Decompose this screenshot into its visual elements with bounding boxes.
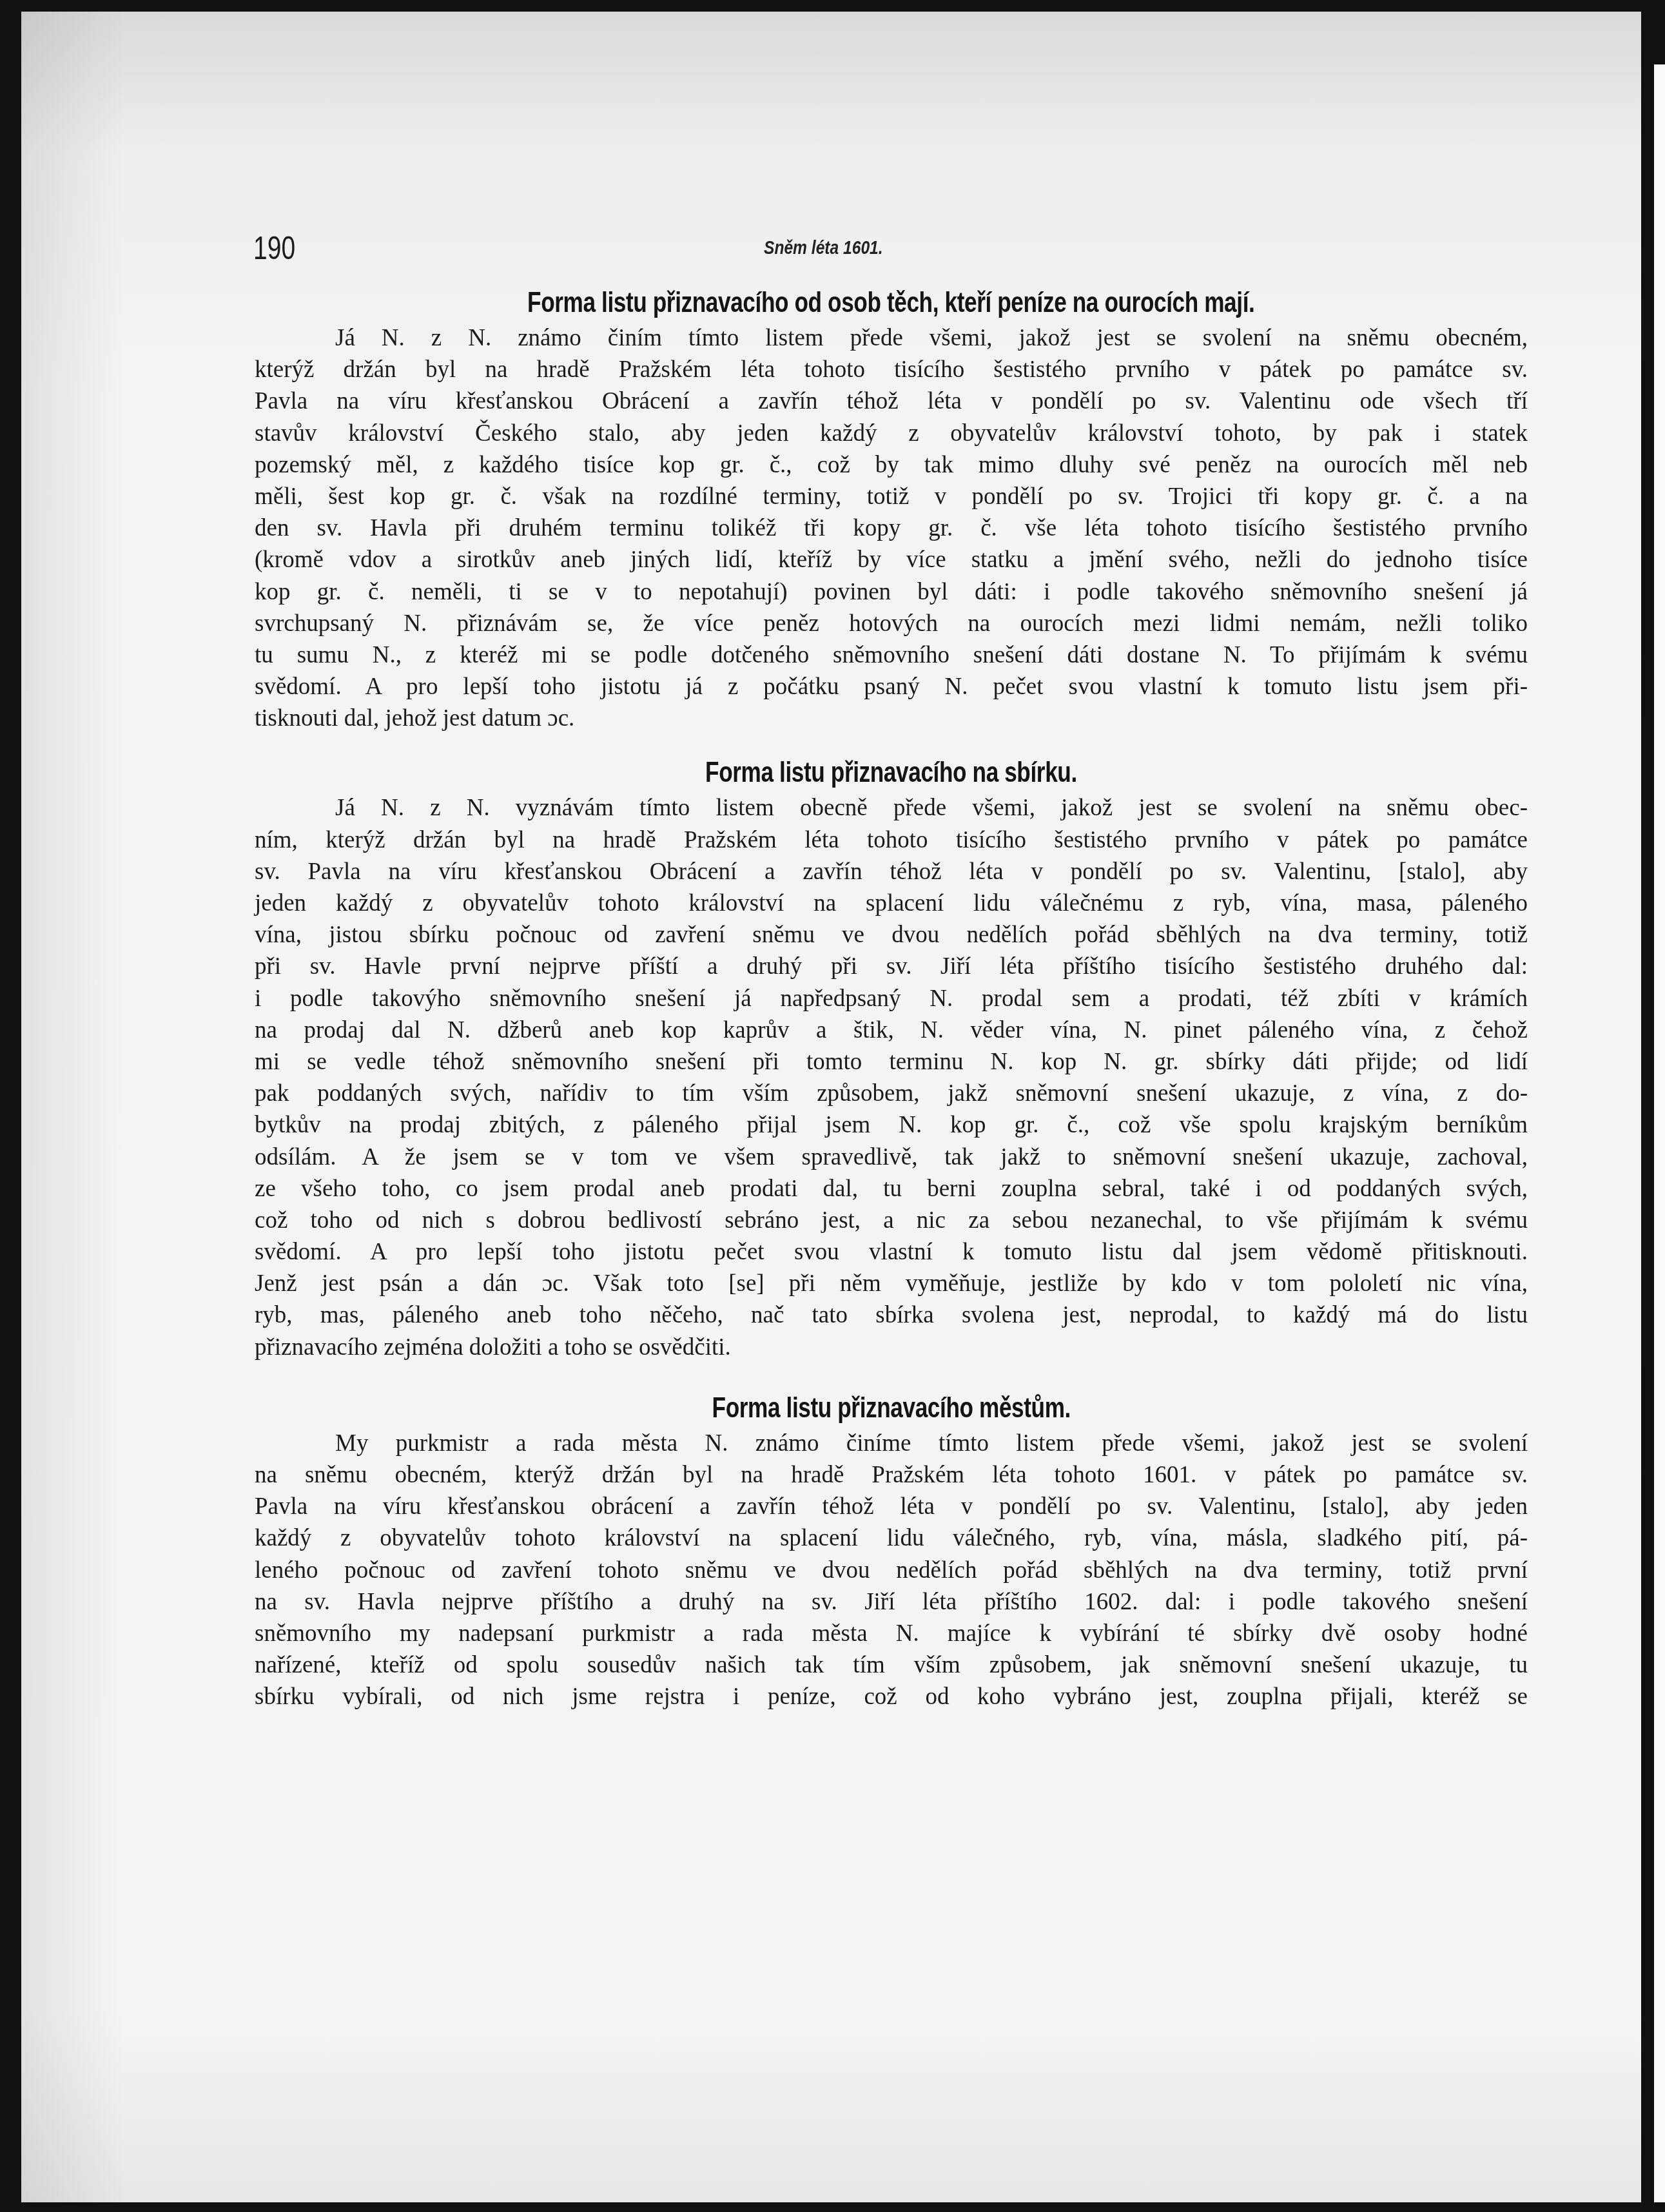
text-line: den sv. Havla při druhém terminu tolikéž… bbox=[255, 512, 1528, 544]
text-line: Já N. z N. vyznávám tímto listem obecně … bbox=[255, 792, 1528, 824]
text-line: Jenž jest psán a dán ɔc. Však toto [se] … bbox=[255, 1268, 1528, 1299]
text-line: nařízené, kteříž od spolu sousedův našic… bbox=[255, 1649, 1528, 1681]
section-1-paragraph: Já N. z N. známo činím tímto listem před… bbox=[255, 322, 1528, 734]
section-gap bbox=[255, 734, 1528, 753]
text-line: My purkmistr a rada města N. známo činím… bbox=[255, 1428, 1528, 1459]
text-line: měli, šest kop gr. č. však na rozdílné t… bbox=[255, 481, 1528, 512]
text-line: což toho od nich s dobrou bedlivostí seb… bbox=[255, 1205, 1528, 1236]
text-line: sbírku vybírali, od nich jsme rejstra i … bbox=[255, 1681, 1528, 1712]
text-line: jeden každý z obyvatelův tohoto královst… bbox=[255, 888, 1528, 919]
text-line: ze všeho toho, co jsem prodal aneb proda… bbox=[255, 1173, 1528, 1205]
section-heading-text: Forma listu přiznavacího na sbírku. bbox=[705, 753, 1077, 792]
text-line: sv. Pavla na víru křesťanskou Obrácení a… bbox=[255, 856, 1528, 888]
section-2-paragraph: Já N. z N. vyznávám tímto listem obecně … bbox=[255, 792, 1528, 1363]
text-line: kterýž držán byl na hradě Pražském léta … bbox=[255, 354, 1528, 385]
text-line: ryb, mas, páleného aneb toho něčeho, nač… bbox=[255, 1299, 1528, 1331]
text-line: svrchupsaný N. přiznávám se, že více pen… bbox=[255, 608, 1528, 639]
text-line: sněmovního my nadepsaní purkmistr a rada… bbox=[255, 1618, 1528, 1649]
text-line: na sv. Havla nejprve příštího a druhý na… bbox=[255, 1586, 1528, 1618]
page-number: 190 bbox=[253, 229, 295, 267]
section-heading-3: Forma listu přiznavacího městům. bbox=[255, 1389, 1528, 1428]
text-line: bytkův na prodaj zbitých, z páleného při… bbox=[255, 1109, 1528, 1141]
text-line: Pavla na víru křesťanskou obrácení a zav… bbox=[255, 1491, 1528, 1522]
scan-border bbox=[1654, 0, 1665, 64]
text-line: každý z obyvatelův tohoto království na … bbox=[255, 1522, 1528, 1554]
text-line: odsílám. A že jsem se v tom ve všem spra… bbox=[255, 1141, 1528, 1173]
text-line: tu sumu N., z kteréž mi se podle dotčené… bbox=[255, 639, 1528, 671]
text-line: kop gr. č. neměli, ti se v to nepotahují… bbox=[255, 576, 1528, 608]
text-line: přiznavacího zejména doložiti a toho se … bbox=[255, 1332, 1528, 1363]
section-gap bbox=[255, 1363, 1528, 1389]
text-line: leného počnouc od zavření tohoto sněmu v… bbox=[255, 1555, 1528, 1586]
text-line: stavův království Českého stalo, aby jed… bbox=[255, 418, 1528, 449]
section-3-paragraph: My purkmistr a rada města N. známo činím… bbox=[255, 1428, 1528, 1713]
text-line: i podle takovýho sněmovního snešení já n… bbox=[255, 983, 1528, 1014]
scan-margin-strip bbox=[1654, 64, 1665, 2202]
text-line: svědomí. A pro lepší toho jistotu já z p… bbox=[255, 671, 1528, 703]
section-heading-2: Forma listu přiznavacího na sbírku. bbox=[255, 753, 1528, 792]
section-heading-1: Forma listu přiznavacího od osob těch, k… bbox=[255, 284, 1528, 322]
text-line: mi se vedle téhož sněmovního snešení při… bbox=[255, 1046, 1528, 1078]
text-line: Pavla na víru křesťanskou Obrácení a zav… bbox=[255, 385, 1528, 417]
text-line: vína, jistou sbírku počnouc od zavření s… bbox=[255, 919, 1528, 951]
running-head: Sněm léta 1601. bbox=[764, 237, 883, 259]
text-line: svědomí. A pro lepší toho jistotu pečet … bbox=[255, 1236, 1528, 1268]
section-heading-text: Forma listu přiznavacího od osob těch, k… bbox=[527, 284, 1254, 322]
text-line: na prodaj dal N. džberů aneb kop kaprův … bbox=[255, 1014, 1528, 1046]
text-line: na sněmu obecném, kterýž držán byl na hr… bbox=[255, 1459, 1528, 1491]
text-line: ním, kterýž držán byl na hradě Pražském … bbox=[255, 824, 1528, 856]
text-column: Forma listu přiznavacího od osob těch, k… bbox=[255, 284, 1528, 1713]
text-line: tisknouti dal, jehož jest datum ɔc. bbox=[255, 703, 1528, 734]
text-line: Já N. z N. známo činím tímto listem před… bbox=[255, 322, 1528, 354]
text-line: (kromě vdov a sirotkův aneb jiných lidí,… bbox=[255, 544, 1528, 576]
text-line: pak poddaných svých, nařídiv to tím vším… bbox=[255, 1078, 1528, 1109]
text-line: při sv. Havle první nejprve příští a dru… bbox=[255, 951, 1528, 982]
section-heading-text: Forma listu přiznavacího městům. bbox=[712, 1389, 1070, 1428]
text-line: pozemský měl, z každého tisíce kop gr. č… bbox=[255, 449, 1528, 481]
